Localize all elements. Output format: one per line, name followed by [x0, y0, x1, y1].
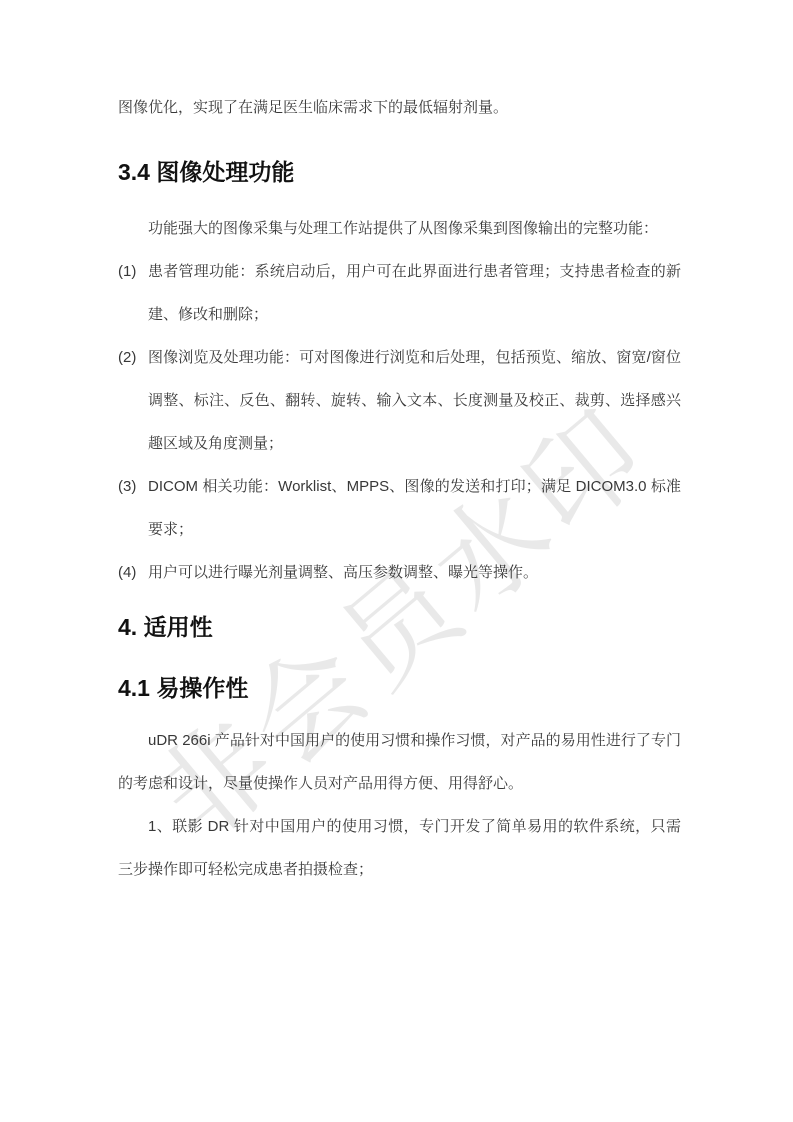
list-item-1-number: (1)	[118, 250, 148, 293]
paragraph-usability-2: 1、联影 DR 针对中国用户的使用习惯，专门开发了简单易用的软件系统，只需三步操…	[118, 805, 681, 891]
numbered-list: (1) 患者管理功能：系统启动后，用户可在此界面进行患者管理；支持患者检查的新建…	[118, 250, 681, 594]
paragraph-intro: 图像优化，实现了在满足医生临床需求下的最低辐射剂量。	[118, 86, 681, 129]
list-item-3-number: (3)	[118, 465, 148, 508]
list-item-2-number: (2)	[118, 336, 148, 379]
list-item-3: (3) DICOM 相关功能：Worklist、MPPS、图像的发送和打印；满足…	[118, 465, 681, 551]
list-item-4-text: 用户可以进行曝光剂量调整、高压参数调整、曝光等操作。	[148, 551, 681, 594]
heading-section-3-4: 3.4 图像处理功能	[118, 157, 681, 187]
list-item-2-text: 图像浏览及处理功能：可对图像进行浏览和后处理，包括预览、缩放、窗宽/窗位调整、标…	[148, 336, 681, 465]
heading-section-4-1: 4.1 易操作性	[118, 673, 681, 703]
list-item-4-number: (4)	[118, 551, 148, 594]
list-item-1: (1) 患者管理功能：系统启动后，用户可在此界面进行患者管理；支持患者检查的新建…	[118, 250, 681, 336]
list-item-3-text: DICOM 相关功能：Worklist、MPPS、图像的发送和打印；满足 DIC…	[148, 465, 681, 551]
heading-section-4: 4. 适用性	[118, 612, 681, 642]
paragraph-lead: 功能强大的图像采集与处理工作站提供了从图像采集到图像输出的完整功能：	[118, 207, 681, 250]
list-item-4: (4) 用户可以进行曝光剂量调整、高压参数调整、曝光等操作。	[118, 551, 681, 594]
list-item-2: (2) 图像浏览及处理功能：可对图像进行浏览和后处理，包括预览、缩放、窗宽/窗位…	[118, 336, 681, 465]
document-page: 非会员水印 图像优化，实现了在满足医生临床需求下的最低辐射剂量。 3.4 图像处…	[0, 0, 793, 1122]
document-content: 图像优化，实现了在满足医生临床需求下的最低辐射剂量。 3.4 图像处理功能 功能…	[0, 0, 793, 891]
list-item-1-text: 患者管理功能：系统启动后，用户可在此界面进行患者管理；支持患者检查的新建、修改和…	[148, 250, 681, 336]
paragraph-usability-1: uDR 266i 产品针对中国用户的使用习惯和操作习惯，对产品的易用性进行了专门…	[118, 719, 681, 805]
